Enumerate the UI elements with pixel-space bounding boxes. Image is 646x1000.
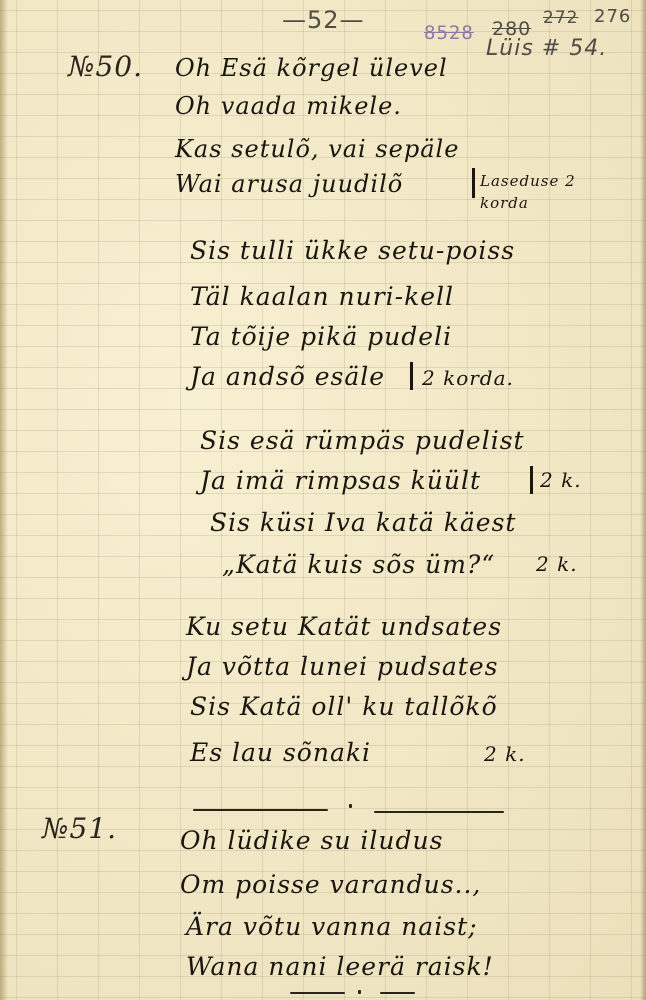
repeat-bracket bbox=[530, 466, 533, 494]
verse-line: Ära võtu vanna naist; bbox=[186, 912, 478, 941]
repeat-note: 2 k. bbox=[536, 552, 578, 576]
song-number: №51. bbox=[42, 812, 117, 845]
verse-line: Sis esä rümpäs pudelist bbox=[200, 426, 525, 455]
end-divider bbox=[380, 992, 415, 994]
section-divider bbox=[374, 811, 504, 813]
paper-left-edge bbox=[0, 0, 8, 1000]
end-divider-dot bbox=[358, 990, 361, 994]
repeat-note: 2 k. bbox=[540, 468, 582, 492]
verse-line: Sis Katä oll' ku tallõkõ bbox=[190, 692, 498, 721]
verse-line: Kas setulõ, vai sepäle bbox=[175, 135, 459, 163]
verse-line: Wai arusa juudilõ bbox=[175, 170, 403, 198]
repeat-bracket bbox=[472, 168, 475, 198]
verse-line: Wana nani leerä raisk! bbox=[186, 952, 494, 981]
current-archive-number: 276 bbox=[594, 6, 631, 27]
verse-line: „Katä kuis sõs üm?“ bbox=[222, 550, 495, 579]
verse-line: Oh Esä kõrgel ülevel bbox=[175, 54, 448, 82]
repeat-bracket bbox=[410, 362, 413, 390]
section-divider bbox=[193, 809, 328, 811]
repeat-note: 2 k. bbox=[484, 742, 526, 766]
repeat-note: 2 korda. bbox=[422, 366, 514, 390]
verse-line: Täl kaalan nuri-kell bbox=[190, 282, 454, 311]
struck-archive-number-2: 272 bbox=[543, 8, 578, 28]
section-divider-dot bbox=[349, 804, 352, 808]
repeat-note: Laseduse 2 korda bbox=[480, 170, 590, 214]
paper-right-edge bbox=[640, 0, 646, 1000]
song-number: №50. bbox=[68, 50, 143, 83]
verse-line: Oh lüdike su iludus bbox=[180, 826, 443, 855]
page-number: —52— bbox=[282, 6, 365, 34]
verse-line: Ku setu Katät undsates bbox=[186, 612, 502, 641]
reference-note: Lüis # 54. bbox=[486, 36, 607, 61]
verse-line: Om poisse varandus.., bbox=[180, 870, 481, 899]
verse-line: Oh vaada mikele. bbox=[175, 92, 402, 120]
verse-line: Ja võtta lunei pudsates bbox=[186, 652, 498, 681]
verse-line: Sis tulli ükke setu-poiss bbox=[190, 236, 515, 265]
end-divider bbox=[290, 992, 345, 994]
verse-line: Ja andsõ esäle bbox=[190, 362, 385, 391]
verse-line: Ja imä rimpsas küült bbox=[200, 466, 481, 495]
verse-line: Es lau sõnaki bbox=[190, 738, 371, 767]
manuscript-page: —52— 8528 280 272 276 Lüis # 54. №50. Oh… bbox=[0, 0, 646, 1000]
verse-line: Ta tõije pikä pudeli bbox=[190, 322, 452, 351]
verse-line: Sis küsi Iva katä käest bbox=[210, 508, 516, 537]
archive-stamp-number: 8528 bbox=[424, 22, 474, 44]
